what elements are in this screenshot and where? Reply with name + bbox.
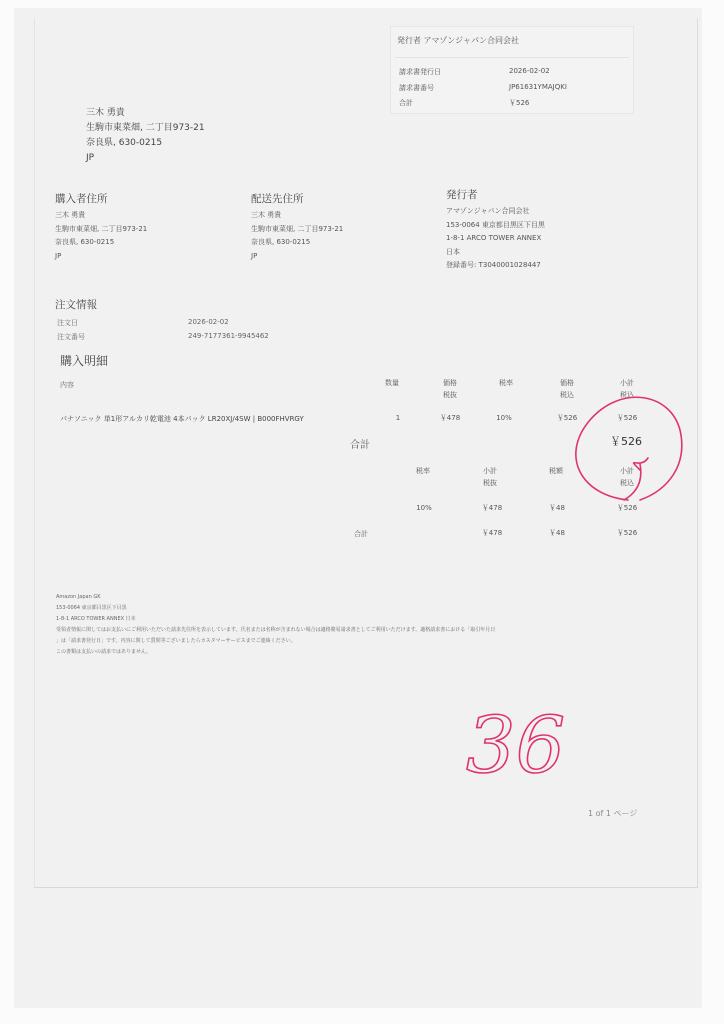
issuer-line: 日本 bbox=[446, 246, 545, 260]
recipient-address-line1: 生駒市東菜畑, 二丁目973-21 bbox=[86, 121, 205, 136]
tax-rate: 10% bbox=[394, 502, 454, 514]
invoice-total-label: 合計 bbox=[399, 98, 413, 108]
shipping-address-line: 奈良県, 630-0215 bbox=[251, 236, 343, 250]
issuer-line: アマゾンジャパン合同会社 bbox=[446, 205, 545, 219]
shipping-address-title: 配送先住所 bbox=[251, 192, 343, 206]
item-price-ex: ￥478 bbox=[420, 412, 480, 424]
header-line: 価格 bbox=[537, 377, 597, 389]
details-title: 購入明細 bbox=[60, 352, 108, 369]
recipient-address-line2: 奈良県, 630-0215 bbox=[86, 136, 205, 151]
col-header-price-in: 価格 税込 bbox=[537, 377, 597, 401]
tax-subtotal-ex: ￥478 bbox=[462, 502, 522, 514]
header-line: 税込 bbox=[597, 389, 657, 401]
footer-line: 受領者情報に関してはお支払いにご利用いただいた請求先住所を表示しています。氏名ま… bbox=[56, 625, 495, 636]
item-tax-rate: 10% bbox=[474, 412, 534, 424]
issuer-registration: 登録番号: T3040001028447 bbox=[446, 259, 545, 273]
order-info-title: 注文情報 bbox=[55, 297, 97, 312]
shipping-address-line: JP bbox=[251, 250, 343, 264]
invoice-date-label: 請求書発行日 bbox=[399, 67, 441, 77]
shipping-address: 配送先住所 三木 勇貴 生駒市東菜畑, 二丁目973-21 奈良県, 630-0… bbox=[251, 192, 343, 263]
tax-header-subtotal-in: 小計 税込 bbox=[597, 465, 657, 489]
footer-notes: Amazon Japan GK 153-0064 東京都目黒区下目黒 1-8-1… bbox=[56, 592, 495, 658]
recipient-country: JP bbox=[86, 151, 205, 166]
buyer-address-line: 奈良県, 630-0215 bbox=[55, 236, 147, 250]
invoice-date-value: 2026-02-02 bbox=[509, 67, 550, 75]
tax-header-rate: 税率 bbox=[393, 465, 453, 477]
total-label: 合計 bbox=[350, 436, 370, 451]
footer-line: 153-0064 東京都目黒区下目黒 bbox=[56, 603, 495, 614]
order-number-label: 注文番号 bbox=[57, 332, 85, 342]
buyer-address: 購入者住所 三木 勇貴 生駒市東菜畑, 二丁目973-21 奈良県, 630-0… bbox=[55, 192, 147, 263]
invoice-number-value: JP61631YMAJQKI bbox=[509, 83, 567, 91]
divider bbox=[395, 57, 629, 58]
footer-line: この書類は支払いの請求ではありません。 bbox=[56, 647, 495, 658]
order-date-value: 2026-02-02 bbox=[188, 318, 229, 326]
col-header-qty: 数量 bbox=[362, 377, 422, 389]
tax-total-label: 合計 bbox=[354, 529, 368, 539]
header-line: 小計 bbox=[597, 465, 657, 477]
footer-line: 1-8-1 ARCO TOWER ANNEX 日本 bbox=[56, 614, 495, 625]
item-qty: 1 bbox=[368, 412, 428, 424]
header-line: 小計 bbox=[460, 465, 520, 477]
issuer-header: 発行者 アマゾンジャパン合同会社 bbox=[397, 35, 519, 46]
order-date-label: 注文日 bbox=[57, 318, 78, 328]
invoice-total-value: ￥526 bbox=[509, 98, 529, 108]
issuer-line: 153-0064 東京都目黒区下目黒 bbox=[446, 219, 545, 233]
buyer-address-title: 購入者住所 bbox=[55, 192, 147, 206]
shipping-address-line: 三木 勇貴 bbox=[251, 209, 343, 223]
order-number-value: 249-7177361-9945462 bbox=[188, 332, 269, 340]
tax-header-subtotal-ex: 小計 税抜 bbox=[460, 465, 520, 489]
item-description: パナソニック 単1形アルカリ乾電池 4本パック LR20XJ/4SW | B00… bbox=[60, 414, 304, 424]
item-subtotal: ￥526 bbox=[597, 412, 657, 424]
recipient-address: 三木 勇貴 生駒市東菜畑, 二丁目973-21 奈良県, 630-0215 JP bbox=[86, 106, 205, 166]
issuer-address: 発行者 アマゾンジャパン合同会社 153-0064 東京都目黒区下目黒 1-8-… bbox=[446, 188, 545, 273]
footer-line: 」は「請求書発行日」です。内容に関して質問等ございましたらカスタマーサービスまで… bbox=[56, 636, 495, 647]
col-header-subtotal: 小計 税込 bbox=[597, 377, 657, 401]
issuer-line: 1-8-1 ARCO TOWER ANNEX bbox=[446, 232, 545, 246]
header-line: 価格 bbox=[420, 377, 480, 389]
item-price-in: ￥526 bbox=[537, 412, 597, 424]
tax-subtotal-in: ￥526 bbox=[597, 502, 657, 514]
buyer-address-line: JP bbox=[55, 250, 147, 264]
col-header-price-ex: 価格 税抜 bbox=[420, 377, 480, 401]
invoice-summary-box: 発行者 アマゾンジャパン合同会社 請求書発行日 2026-02-02 請求書番号… bbox=[390, 26, 634, 114]
buyer-address-line: 三木 勇貴 bbox=[55, 209, 147, 223]
page-indicator: 1 of 1 ページ bbox=[588, 808, 637, 819]
recipient-name: 三木 勇貴 bbox=[86, 106, 205, 121]
shipping-address-line: 生駒市東菜畑, 二丁目973-21 bbox=[251, 223, 343, 237]
header-line: 税抜 bbox=[420, 389, 480, 401]
header-line: 税込 bbox=[597, 477, 657, 489]
total-value: ￥526 bbox=[610, 433, 642, 449]
issuer-title: 発行者 bbox=[446, 188, 545, 202]
tax-total-subtotal-in: ￥526 bbox=[597, 527, 657, 539]
buyer-address-line: 生駒市東菜畑, 二丁目973-21 bbox=[55, 223, 147, 237]
col-header-content: 内容 bbox=[60, 380, 74, 390]
col-header-tax-rate: 税率 bbox=[476, 377, 536, 389]
tax-amount: ￥48 bbox=[527, 502, 587, 514]
header-line: 小計 bbox=[597, 377, 657, 389]
header-line: 税込 bbox=[537, 389, 597, 401]
header-line: 税抜 bbox=[460, 477, 520, 489]
footer-line: Amazon Japan GK bbox=[56, 592, 495, 603]
tax-total-subtotal-ex: ￥478 bbox=[462, 527, 522, 539]
invoice-number-label: 請求書番号 bbox=[399, 83, 434, 93]
tax-header-amount: 税額 bbox=[526, 465, 586, 477]
tax-total-amount: ￥48 bbox=[527, 527, 587, 539]
